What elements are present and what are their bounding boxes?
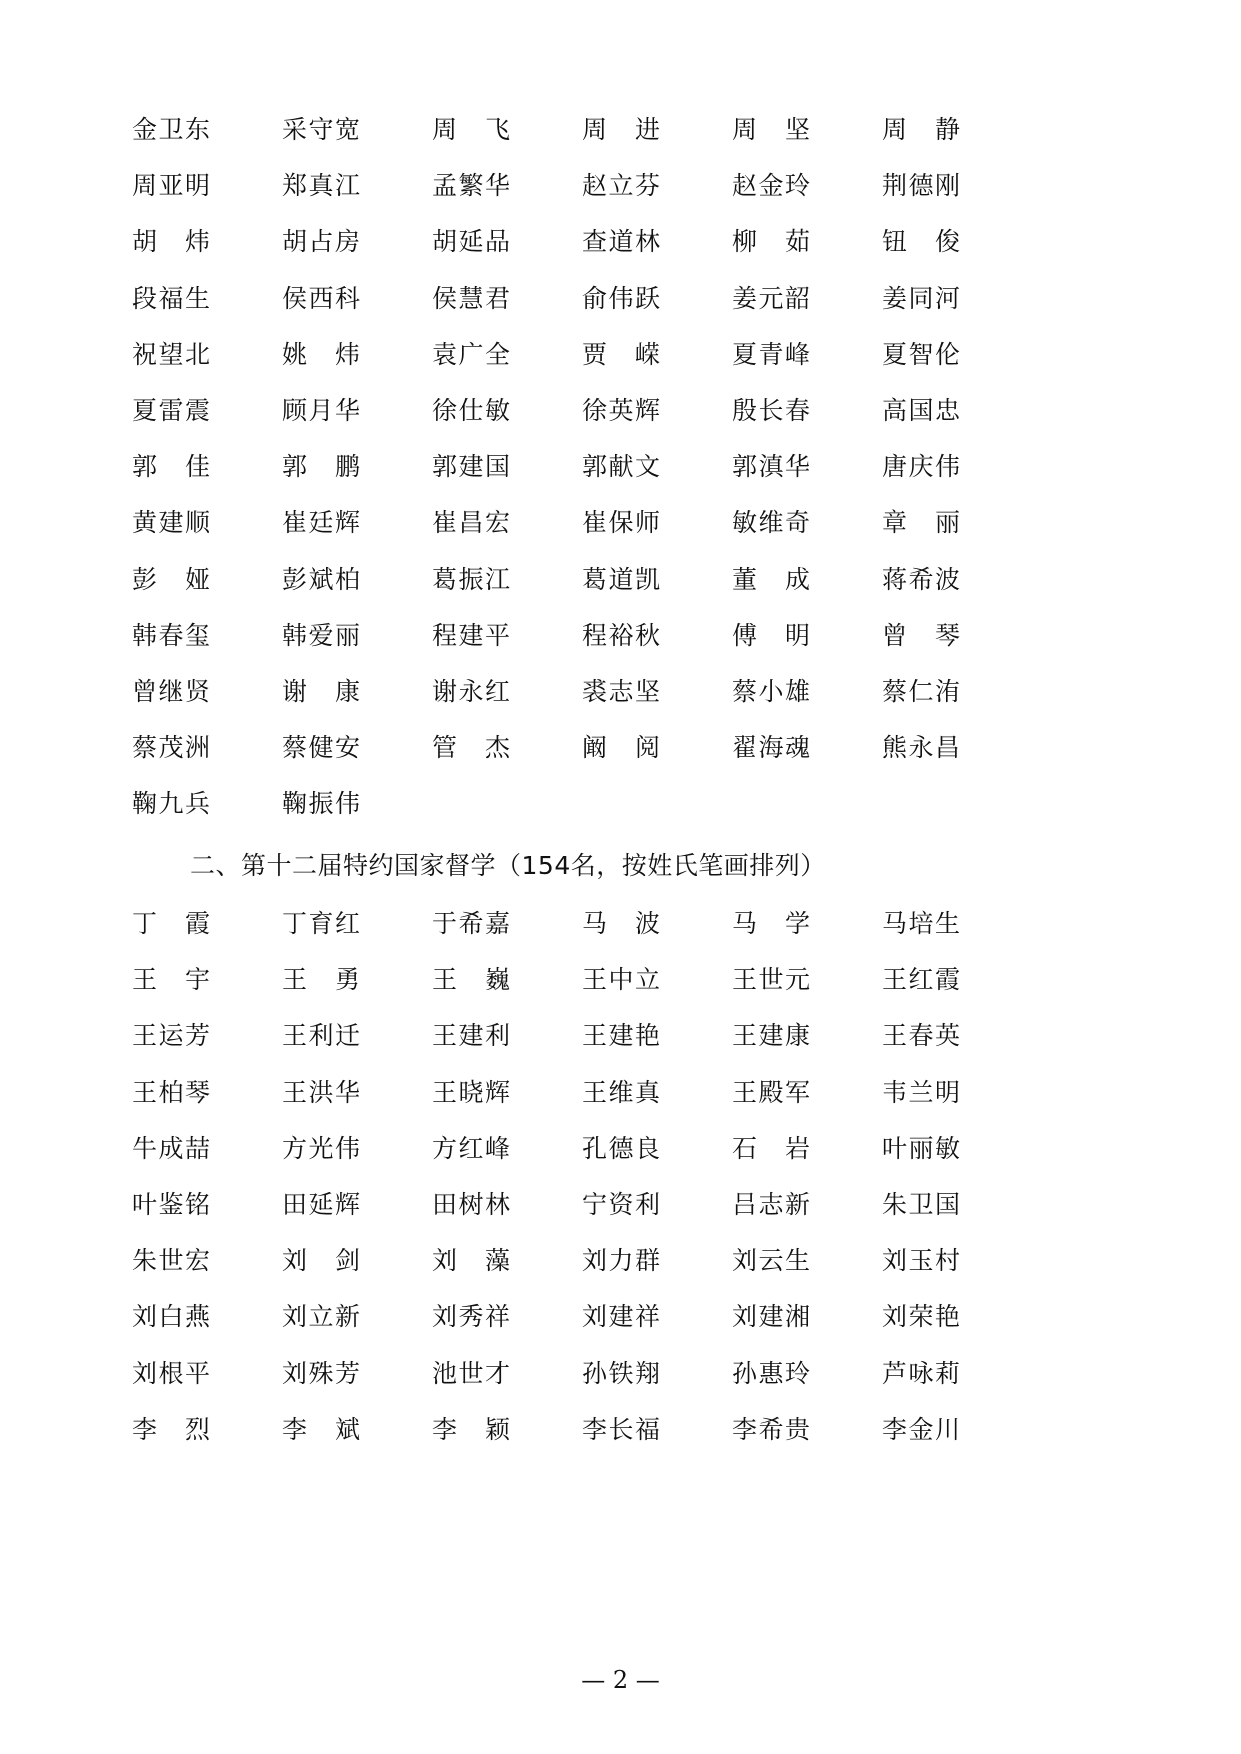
name-entry: 李烈	[132, 1410, 210, 1450]
name-entry: 刘剑	[282, 1241, 360, 1281]
name-entry: 郭滇华	[732, 447, 810, 487]
name-entry: 谢康	[282, 672, 360, 712]
name-entry: 夏智伦	[882, 335, 960, 375]
name-entry: 裘志坚	[582, 672, 660, 712]
name-entry: 王殿军	[732, 1073, 810, 1113]
name-entry: 王建利	[432, 1016, 510, 1056]
name-entry: 周亚明	[132, 166, 210, 206]
section-2-heading: 二、第十二届特约国家督学（154名，按姓氏笔画排列）	[190, 846, 826, 886]
name-entry: 叶鉴铭	[132, 1185, 210, 1225]
name-entry: 郭献文	[582, 447, 660, 487]
name-entry: 彭斌柏	[282, 560, 360, 600]
name-entry: 夏青峰	[732, 335, 810, 375]
name-entry: 周静	[882, 110, 960, 150]
name-entry: 葛道凯	[582, 560, 660, 600]
name-entry: 韩春玺	[132, 616, 210, 656]
name-entry: 贾嵘	[582, 335, 660, 375]
name-entry: 刘力群	[582, 1241, 660, 1281]
name-entry: 刘藻	[432, 1241, 510, 1281]
name-entry: 王春英	[882, 1016, 960, 1056]
name-entry: 刘白燕	[132, 1297, 210, 1337]
name-entry: 方光伟	[282, 1129, 360, 1169]
name-entry: 柳茹	[732, 222, 810, 262]
name-entry: 崔保师	[582, 503, 660, 543]
name-entry: 李斌	[282, 1410, 360, 1450]
document-page: 金卫东采守宽周飞周进周坚周静周亚明郑真江孟繁华赵立芬赵金玲荆德刚胡炜胡占房胡延品…	[0, 0, 1241, 1754]
name-entry: 郑真江	[282, 166, 360, 206]
name-entry: 金卫东	[132, 110, 210, 150]
name-entry: 祝望北	[132, 335, 210, 375]
name-entry: 田延辉	[282, 1185, 360, 1225]
name-entry: 段福生	[132, 279, 210, 319]
name-entry: 葛振江	[432, 560, 510, 600]
name-entry: 崔昌宏	[432, 503, 510, 543]
name-entry: 韩爱丽	[282, 616, 360, 656]
name-entry: 刘玉村	[882, 1241, 960, 1281]
name-entry: 曾琴	[882, 616, 960, 656]
name-entry: 刘建祥	[582, 1297, 660, 1337]
name-entry: 鞠九兵	[132, 784, 210, 824]
name-entry: 王宇	[132, 960, 210, 1000]
name-entry: 朱卫国	[882, 1185, 960, 1225]
name-entry: 李希贵	[732, 1410, 810, 1450]
name-entry: 王利迁	[282, 1016, 360, 1056]
name-entry: 刘荣艳	[882, 1297, 960, 1337]
name-entry: 郭鹏	[282, 447, 360, 487]
name-entry: 侯慧君	[432, 279, 510, 319]
name-entry: 马学	[732, 904, 810, 944]
name-entry: 蒋希波	[882, 560, 960, 600]
name-entry: 马培生	[882, 904, 960, 944]
name-entry: 殷长春	[732, 391, 810, 431]
name-entry: 叶丽敏	[882, 1129, 960, 1169]
name-entry: 王建康	[732, 1016, 810, 1056]
name-entry: 韦兰明	[882, 1073, 960, 1113]
name-entry: 刘立新	[282, 1297, 360, 1337]
name-entry: 姚炜	[282, 335, 360, 375]
name-entry: 袁广全	[432, 335, 510, 375]
name-entry: 采守宽	[282, 110, 360, 150]
page-number: — 2 —	[0, 1660, 1241, 1700]
name-entry: 高国忠	[882, 391, 960, 431]
name-entry: 管杰	[432, 728, 510, 768]
name-entry: 翟海魂	[732, 728, 810, 768]
name-entry: 谢永红	[432, 672, 510, 712]
name-entry: 王维真	[582, 1073, 660, 1113]
name-entry: 李长福	[582, 1410, 660, 1450]
name-entry: 彭娅	[132, 560, 210, 600]
name-entry: 马波	[582, 904, 660, 944]
name-entry: 蔡仁洧	[882, 672, 960, 712]
name-entry: 荆德刚	[882, 166, 960, 206]
name-entry: 刘殊芳	[282, 1354, 360, 1394]
name-entry: 王巍	[432, 960, 510, 1000]
name-entry: 王洪华	[282, 1073, 360, 1113]
name-entry: 俞伟跃	[582, 279, 660, 319]
name-entry: 唐庆伟	[882, 447, 960, 487]
name-entry: 牛成喆	[132, 1129, 210, 1169]
name-entry: 鞠振伟	[282, 784, 360, 824]
name-entry: 姜同河	[882, 279, 960, 319]
name-entry: 敏维奇	[732, 503, 810, 543]
name-entry: 熊永昌	[882, 728, 960, 768]
name-entry: 钮俊	[882, 222, 960, 262]
name-entry: 夏雷震	[132, 391, 210, 431]
name-entry: 李颖	[432, 1410, 510, 1450]
name-entry: 周飞	[432, 110, 510, 150]
name-entry: 朱世宏	[132, 1241, 210, 1281]
name-entry: 王建艳	[582, 1016, 660, 1056]
name-entry: 顾月华	[282, 391, 360, 431]
name-entry: 刘云生	[732, 1241, 810, 1281]
name-entry: 池世才	[432, 1354, 510, 1394]
name-entry: 王中立	[582, 960, 660, 1000]
name-entry: 孙铁翔	[582, 1354, 660, 1394]
name-entry: 孔德良	[582, 1129, 660, 1169]
name-entry: 查道林	[582, 222, 660, 262]
name-entry: 侯西科	[282, 279, 360, 319]
name-entry: 李金川	[882, 1410, 960, 1450]
name-entry: 胡占房	[282, 222, 360, 262]
name-entry: 孟繁华	[432, 166, 510, 206]
name-entry: 宁资利	[582, 1185, 660, 1225]
name-entry: 周坚	[732, 110, 810, 150]
name-entry: 蔡健安	[282, 728, 360, 768]
name-list-section-1: 金卫东采守宽周飞周进周坚周静周亚明郑真江孟繁华赵立芬赵金玲荆德刚胡炜胡占房胡延品…	[132, 110, 1032, 840]
name-entry: 郭佳	[132, 447, 210, 487]
name-entry: 王红霞	[882, 960, 960, 1000]
name-entry: 姜元韶	[732, 279, 810, 319]
name-entry: 程裕秋	[582, 616, 660, 656]
name-entry: 芦咏莉	[882, 1354, 960, 1394]
name-entry: 崔廷辉	[282, 503, 360, 543]
name-entry: 胡炜	[132, 222, 210, 262]
name-entry: 董成	[732, 560, 810, 600]
name-entry: 曾继贤	[132, 672, 210, 712]
name-entry: 章丽	[882, 503, 960, 543]
name-entry: 赵金玲	[732, 166, 810, 206]
name-entry: 徐英辉	[582, 391, 660, 431]
name-entry: 王勇	[282, 960, 360, 1000]
name-entry: 丁育红	[282, 904, 360, 944]
name-entry: 王柏琴	[132, 1073, 210, 1113]
name-entry: 刘建湘	[732, 1297, 810, 1337]
name-entry: 石岩	[732, 1129, 810, 1169]
name-entry: 程建平	[432, 616, 510, 656]
name-entry: 周进	[582, 110, 660, 150]
name-entry: 丁霞	[132, 904, 210, 944]
name-entry: 刘根平	[132, 1354, 210, 1394]
name-entry: 刘秀祥	[432, 1297, 510, 1337]
name-entry: 蔡小雄	[732, 672, 810, 712]
name-entry: 徐仕敏	[432, 391, 510, 431]
name-entry: 蔡茂洲	[132, 728, 210, 768]
name-entry: 胡延品	[432, 222, 510, 262]
name-entry: 于希嘉	[432, 904, 510, 944]
name-entry: 赵立芬	[582, 166, 660, 206]
name-list-section-2: 丁霞丁育红于希嘉马波马学马培生王宇王勇王巍王中立王世元王红霞王运芳王利迁王建利王…	[132, 904, 1032, 1466]
name-entry: 郭建国	[432, 447, 510, 487]
name-entry: 孙惠玲	[732, 1354, 810, 1394]
name-entry: 黄建顺	[132, 503, 210, 543]
name-entry: 王世元	[732, 960, 810, 1000]
name-entry: 傅明	[732, 616, 810, 656]
name-entry: 方红峰	[432, 1129, 510, 1169]
name-entry: 王运芳	[132, 1016, 210, 1056]
name-entry: 吕志新	[732, 1185, 810, 1225]
name-entry: 阚阅	[582, 728, 660, 768]
name-entry: 田树林	[432, 1185, 510, 1225]
name-entry: 王晓辉	[432, 1073, 510, 1113]
